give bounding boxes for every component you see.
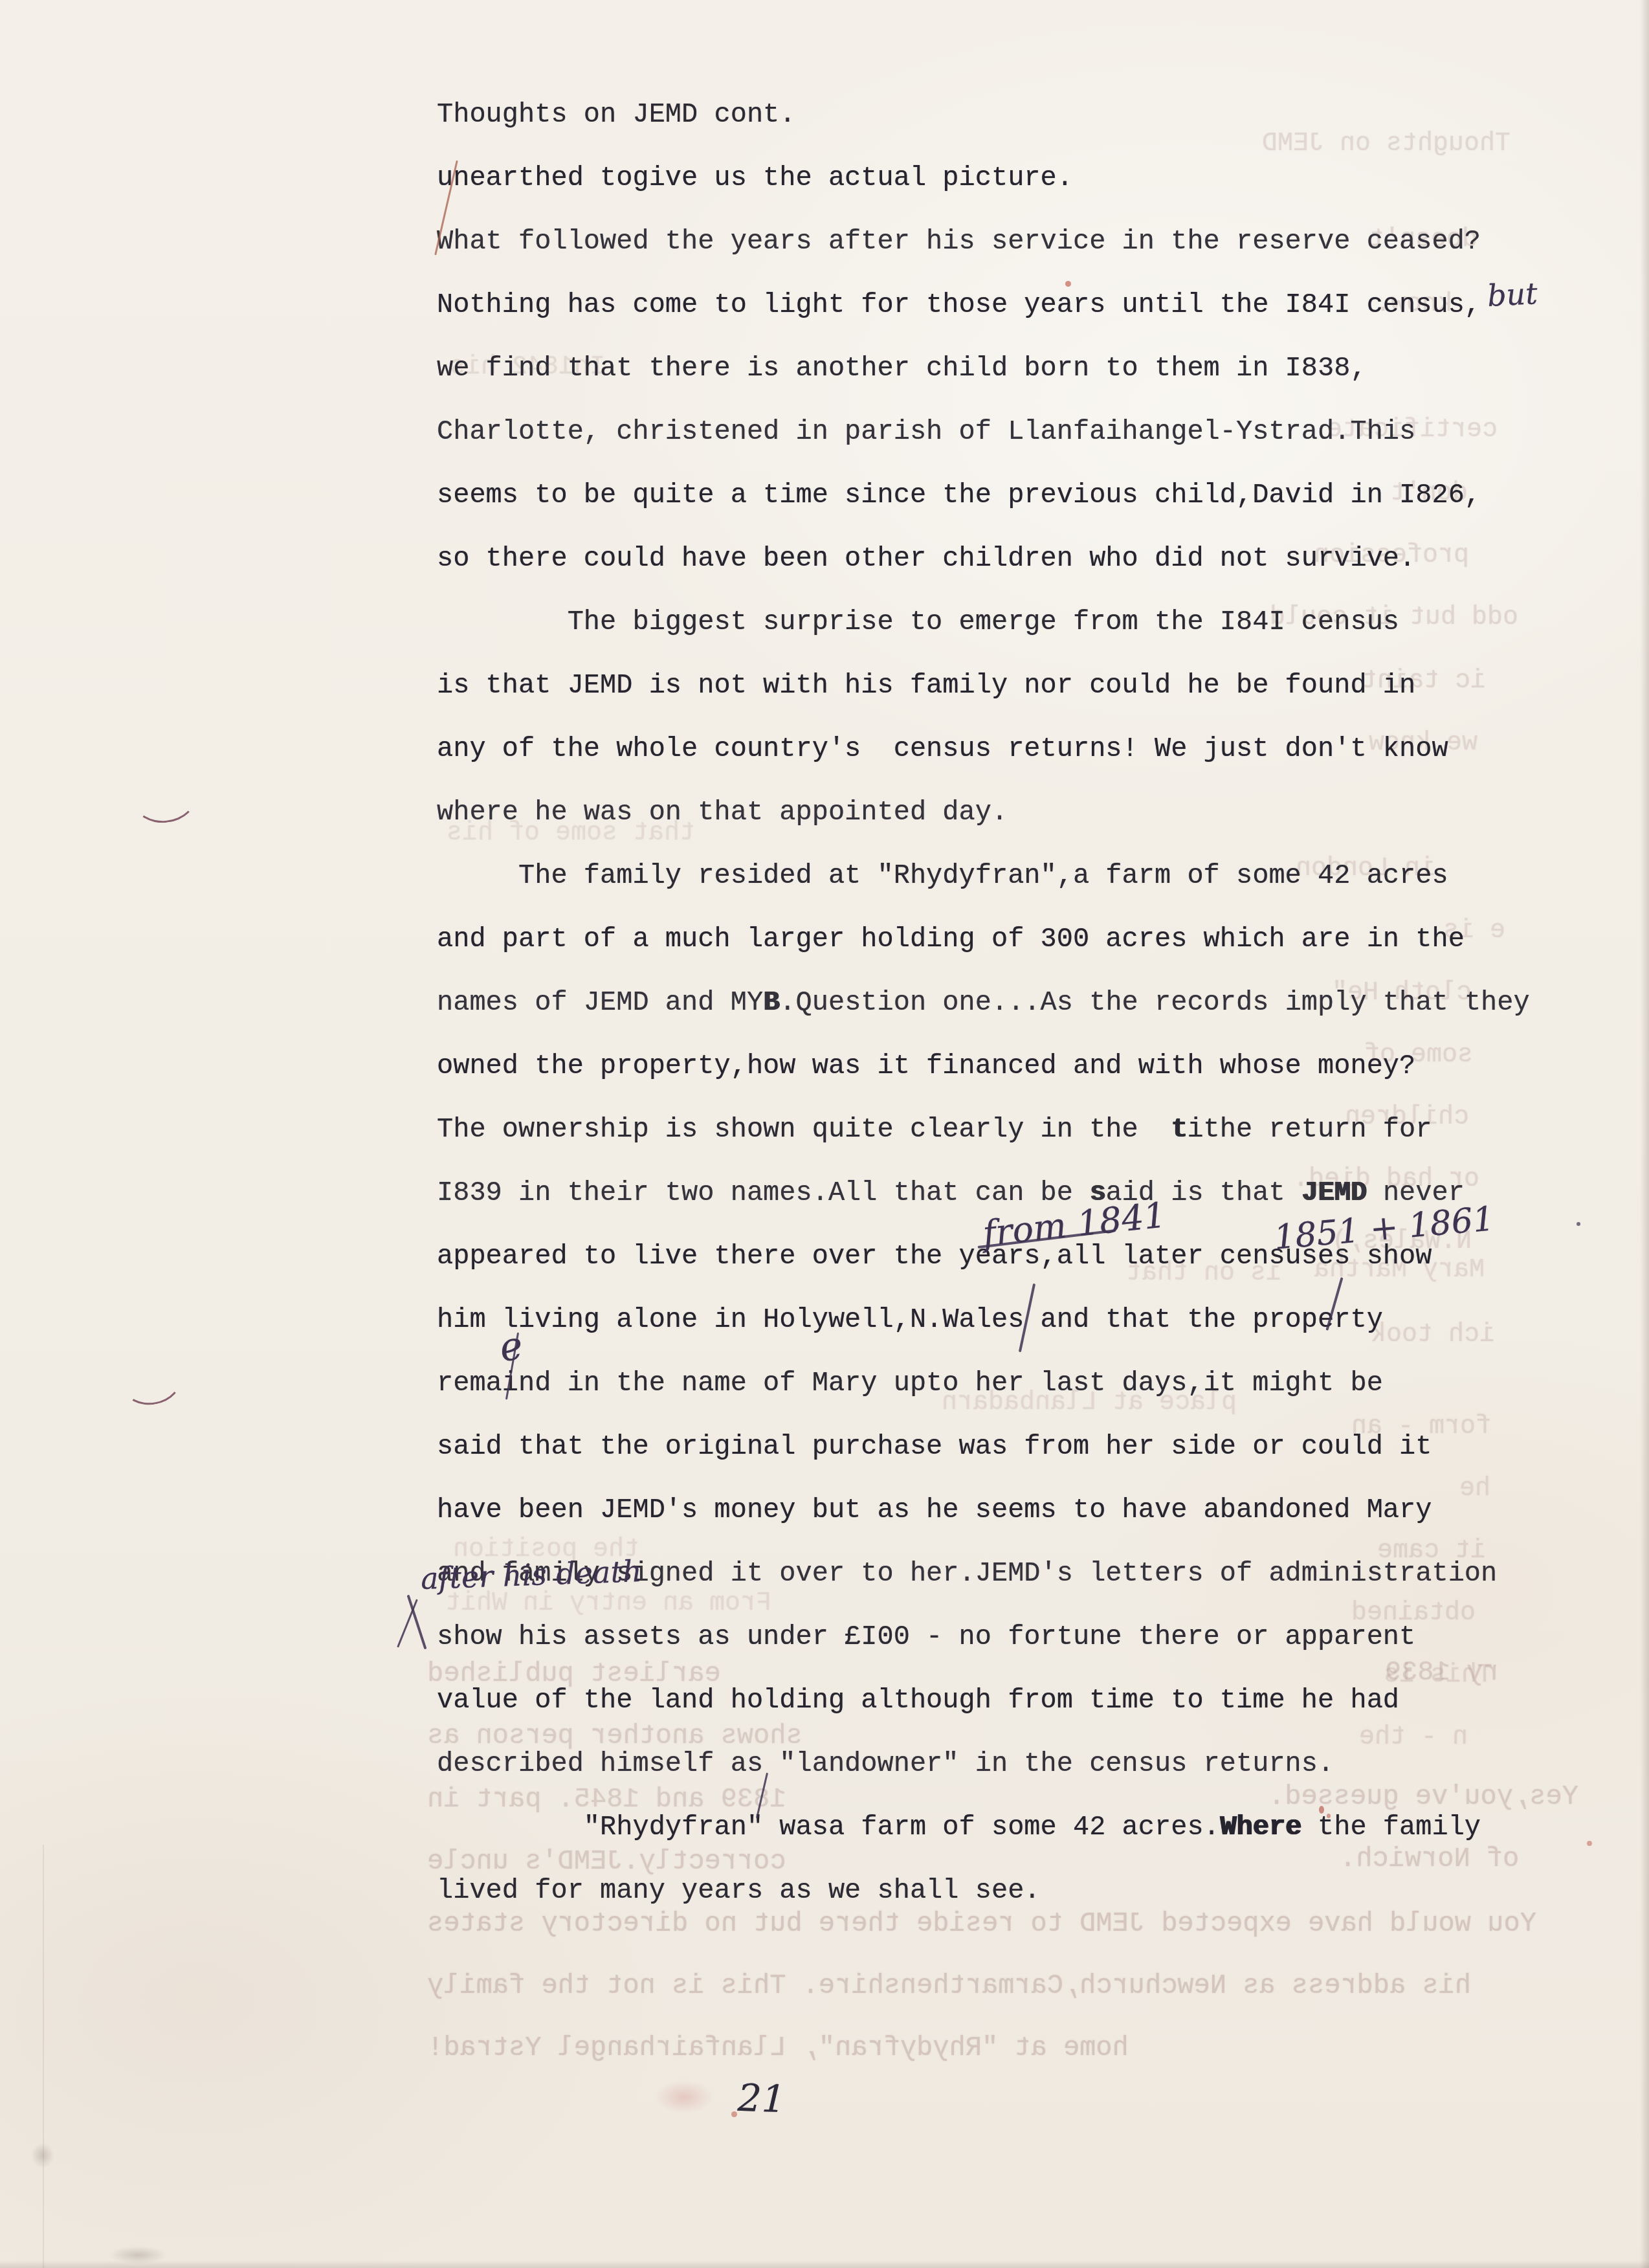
handwritten-but-insert: but — [1487, 276, 1538, 313]
gray-smudge-bottom-left — [31, 2142, 54, 2168]
margin-check-mark-upper — [130, 770, 198, 826]
pen-stroke-show-caret-right — [397, 1599, 418, 1647]
typed-line: seems to be quite a time since the previ… — [437, 463, 1530, 527]
typed-line: The ownership is shown quite clearly in … — [437, 1098, 1530, 1161]
typed-line: What followed the years after his servic… — [437, 210, 1530, 273]
margin-check-mark-lower — [118, 1353, 184, 1410]
ink-dot-right — [1577, 1222, 1580, 1226]
typed-line: Nothing has come to light for those year… — [437, 273, 1530, 337]
ghost-text: home at "Rhydyfran", Llanfairhangel Ystr… — [427, 2032, 1129, 2063]
paper-crease-left — [43, 1845, 44, 2268]
typed-line: "Rhydyfran" wasa farm of some 42 acres.W… — [437, 1795, 1530, 1859]
scan-edge-bottom — [0, 2260, 1649, 2268]
typed-line: have been JEMD's money but as he seems t… — [437, 1478, 1530, 1542]
typed-line: remaind in the name of Mary upto her las… — [437, 1351, 1530, 1415]
typed-line: The family resided at "Rhydyfran",a farm… — [437, 844, 1530, 907]
scanned-typewritten-page: Thoughts on JEMDdoesn'tknow.In1842 hisce… — [0, 0, 1649, 2268]
typed-line: is that JEMD is not with his family nor … — [437, 654, 1530, 717]
typed-line: names of JEMD and MYB.Question one...As … — [437, 971, 1530, 1034]
typed-line: any of the whole country's census return… — [437, 717, 1530, 781]
typed-line: lived for many years as we shall see. — [437, 1859, 1530, 1922]
typed-line: unearthed togive us the actual picture. — [437, 146, 1530, 210]
typed-line: value of the land holding although from … — [437, 1669, 1530, 1732]
typed-line: owned the property,how was it financed a… — [437, 1034, 1530, 1098]
typed-line: him living alone in Holywell,N.Wales and… — [437, 1288, 1530, 1351]
red-speck-picture — [1065, 281, 1071, 287]
page-title: Thoughts on JEMD cont. — [437, 83, 1530, 146]
red-speck-margin — [1587, 1841, 1592, 1846]
scan-edge-right — [1640, 0, 1649, 2268]
typed-line: said that the original purchase was from… — [437, 1415, 1530, 1478]
pen-stroke-show-caret-left — [407, 1595, 427, 1650]
pink-smudge-pagenum — [655, 2080, 713, 2114]
ghost-text: his address as Newchurch,Carmarthenshire… — [427, 1970, 1471, 2001]
typed-text-layer: Thoughts on JEMD cont.unearthed togive u… — [437, 83, 1530, 1922]
typed-line: and part of a much larger holding of 300… — [437, 907, 1530, 971]
typed-line: described himself as "landowner" in the … — [437, 1732, 1530, 1795]
typed-line: Charlotte, christened in parish of Llanf… — [437, 400, 1530, 463]
red-speck-pagenum — [731, 2111, 737, 2117]
typed-line: where he was on that appointed day. — [437, 781, 1530, 844]
red-speck-where-2 — [1327, 1814, 1331, 1818]
typed-line: show his assets as under £I00 - no fortu… — [437, 1605, 1530, 1669]
typed-line: we find that there is another child born… — [437, 337, 1530, 400]
red-speck-where-1 — [1319, 1806, 1324, 1814]
typed-line: The biggest surprise to emerge from the … — [437, 590, 1530, 654]
handwritten-page-number: 21 — [737, 2076, 786, 2122]
typed-line: so there could have been other children … — [437, 527, 1530, 590]
